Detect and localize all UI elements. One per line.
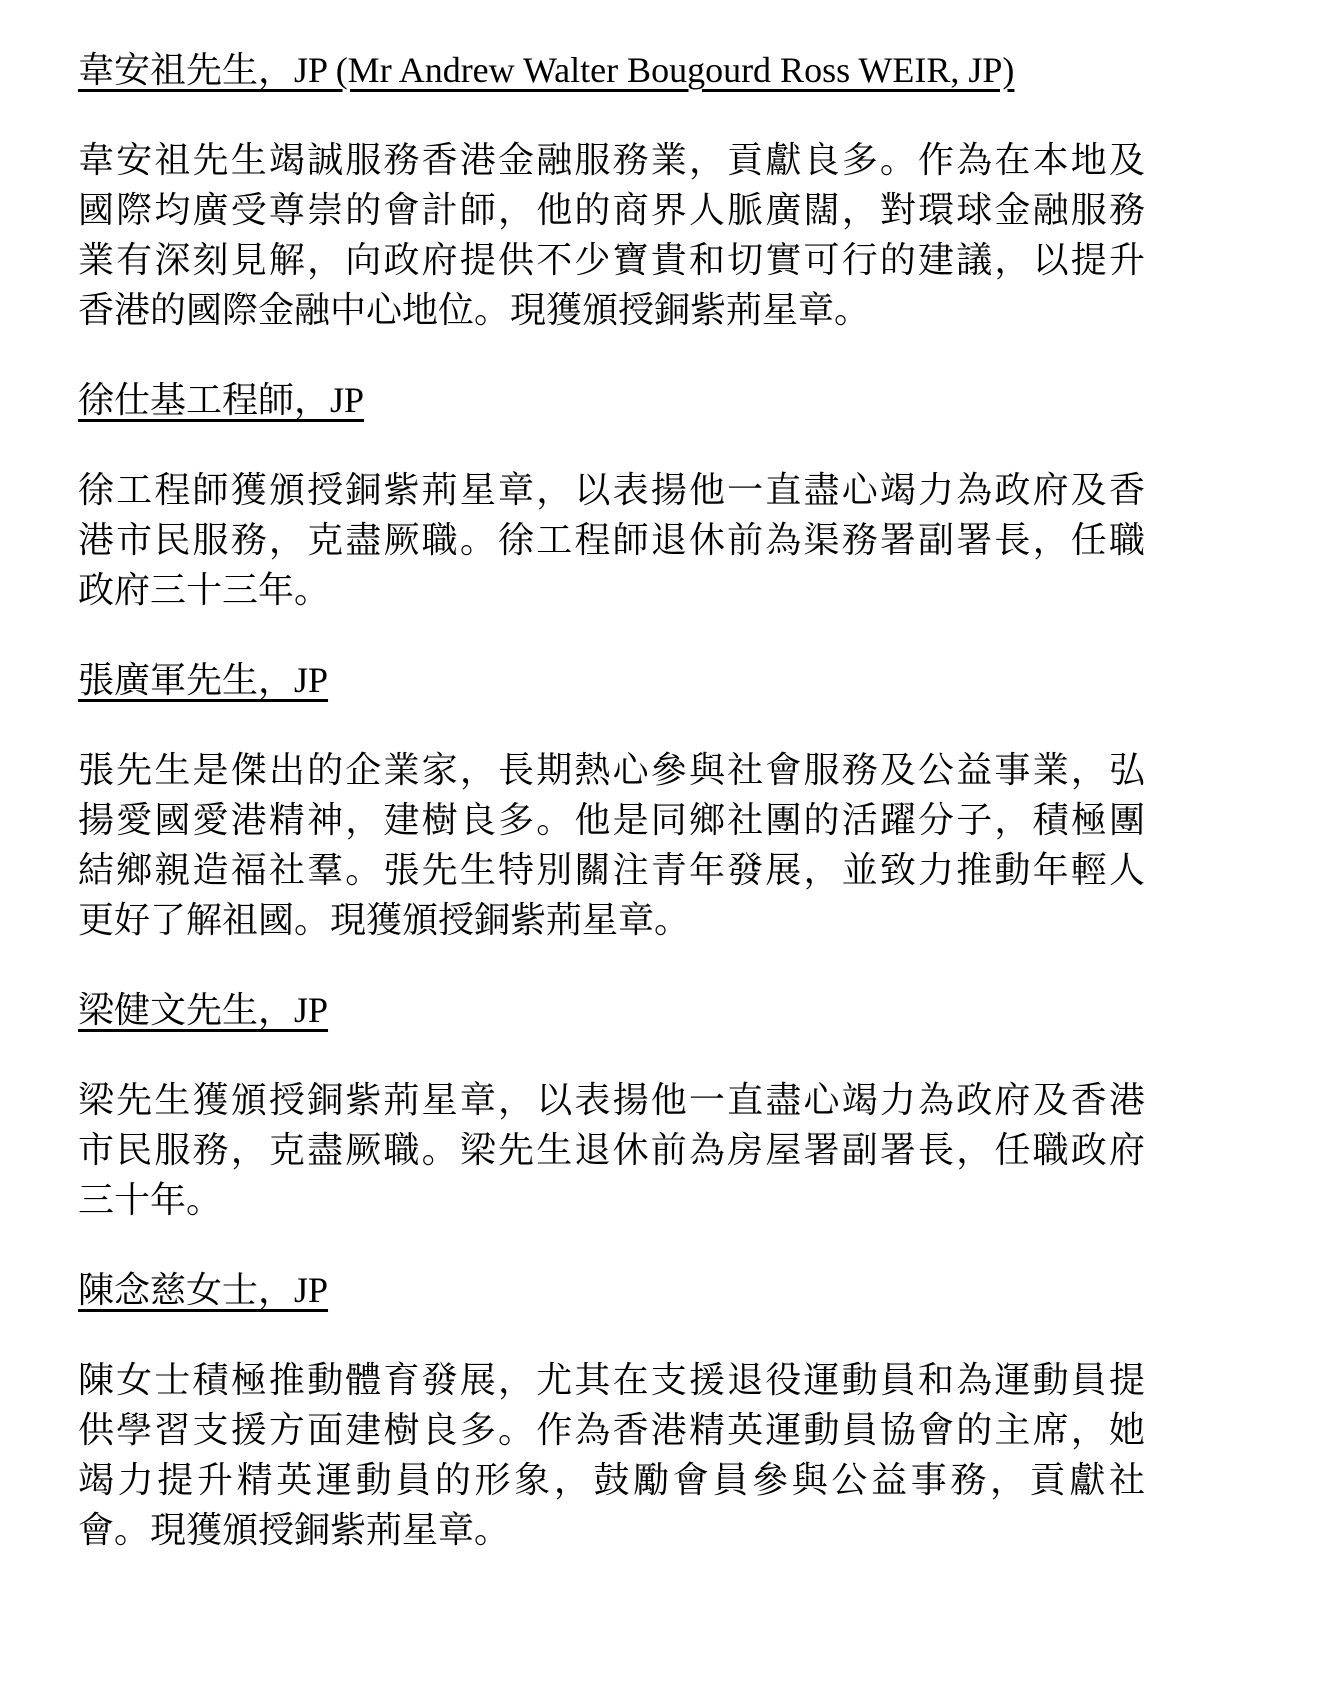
paragraph-line: 揚愛國愛港精神，建樹良多。他是同鄉社團的活躍分子，積極團: [78, 795, 1145, 845]
paragraph-line: 張先生是傑出的企業家，長期熱心參與社會服務及公益事業，弘: [78, 745, 1145, 795]
citation-paragraph: 徐工程師獲頒授銅紫荊星章，以表揚他一直盡心竭力為政府及香 港市民服務，克盡厥職。…: [78, 465, 1145, 615]
citation-paragraph: 張先生是傑出的企業家，長期熱心參與社會服務及公益事業，弘 揚愛國愛港精神，建樹良…: [78, 745, 1145, 945]
citation-paragraph: 梁先生獲頒授銅紫荊星章，以表揚他一直盡心竭力為政府及香港 市民服務，克盡厥職。梁…: [78, 1075, 1145, 1225]
section-leung: 梁健文先生，JP 梁先生獲頒授銅紫荊星章，以表揚他一直盡心竭力為政府及香港 市民…: [78, 985, 1145, 1225]
section-heading: 徐仕基工程師，JP: [78, 375, 1145, 425]
section-heading: 梁健文先生，JP: [78, 985, 1145, 1035]
paragraph-line: 市民服務，克盡厥職。梁先生退休前為房屋署副署長，任職政府: [78, 1125, 1145, 1175]
section-weir: 韋安祖先生，JP (Mr Andrew Walter Bougourd Ross…: [78, 45, 1145, 335]
paragraph-line: 香港的國際金融中心地位。現獲頒授銅紫荊星章。: [78, 285, 1145, 335]
paragraph-line: 結鄉親造福社羣。張先生特別關注青年發展，並致力推動年輕人: [78, 845, 1145, 895]
section-chan: 陳念慈女士，JP 陳女士積極推動體育發展，尤其在支援退役運動員和為運動員提 供學…: [78, 1265, 1145, 1555]
paragraph-line: 徐工程師獲頒授銅紫荊星章，以表揚他一直盡心竭力為政府及香: [78, 465, 1145, 515]
paragraph-line: 會。現獲頒授銅紫荊星章。: [78, 1505, 1145, 1555]
paragraph-line: 三十年。: [78, 1175, 1145, 1225]
paragraph-line: 梁先生獲頒授銅紫荊星章，以表揚他一直盡心竭力為政府及香港: [78, 1075, 1145, 1125]
paragraph-line: 港市民服務，克盡厥職。徐工程師退休前為渠務署副署長，任職: [78, 515, 1145, 565]
paragraph-line: 政府三十三年。: [78, 565, 1145, 615]
section-heading: 韋安祖先生，JP (Mr Andrew Walter Bougourd Ross…: [78, 45, 1145, 95]
citation-paragraph: 韋安祖先生竭誠服務香港金融服務業，貢獻良多。作為在本地及 國際均廣受尊崇的會計師…: [78, 135, 1145, 335]
paragraph-line: 更好了解祖國。現獲頒授銅紫荊星章。: [78, 895, 1145, 945]
paragraph-line: 韋安祖先生竭誠服務香港金融服務業，貢獻良多。作為在本地及: [78, 135, 1145, 185]
paragraph-line: 業有深刻見解，向政府提供不少寶貴和切實可行的建議，以提升: [78, 235, 1145, 285]
section-heading: 陳念慈女士，JP: [78, 1265, 1145, 1315]
citation-paragraph: 陳女士積極推動體育發展，尤其在支援退役運動員和為運動員提 供學習支援方面建樹良多…: [78, 1355, 1145, 1555]
section-tsui: 徐仕基工程師，JP 徐工程師獲頒授銅紫荊星章，以表揚他一直盡心竭力為政府及香 港…: [78, 375, 1145, 615]
section-heading: 張廣軍先生，JP: [78, 655, 1145, 705]
section-cheung: 張廣軍先生，JP 張先生是傑出的企業家，長期熱心參與社會服務及公益事業，弘 揚愛…: [78, 655, 1145, 945]
paragraph-line: 竭力提升精英運動員的形象，鼓勵會員參與公益事務，貢獻社: [78, 1455, 1145, 1505]
paragraph-line: 陳女士積極推動體育發展，尤其在支援退役運動員和為運動員提: [78, 1355, 1145, 1405]
paragraph-line: 供學習支援方面建樹良多。作為香港精英運動員協會的主席，她: [78, 1405, 1145, 1455]
document-page: 韋安祖先生，JP (Mr Andrew Walter Bougourd Ross…: [0, 0, 1330, 1681]
paragraph-line: 國際均廣受尊崇的會計師，他的商界人脈廣闊，對環球金融服務: [78, 185, 1145, 235]
